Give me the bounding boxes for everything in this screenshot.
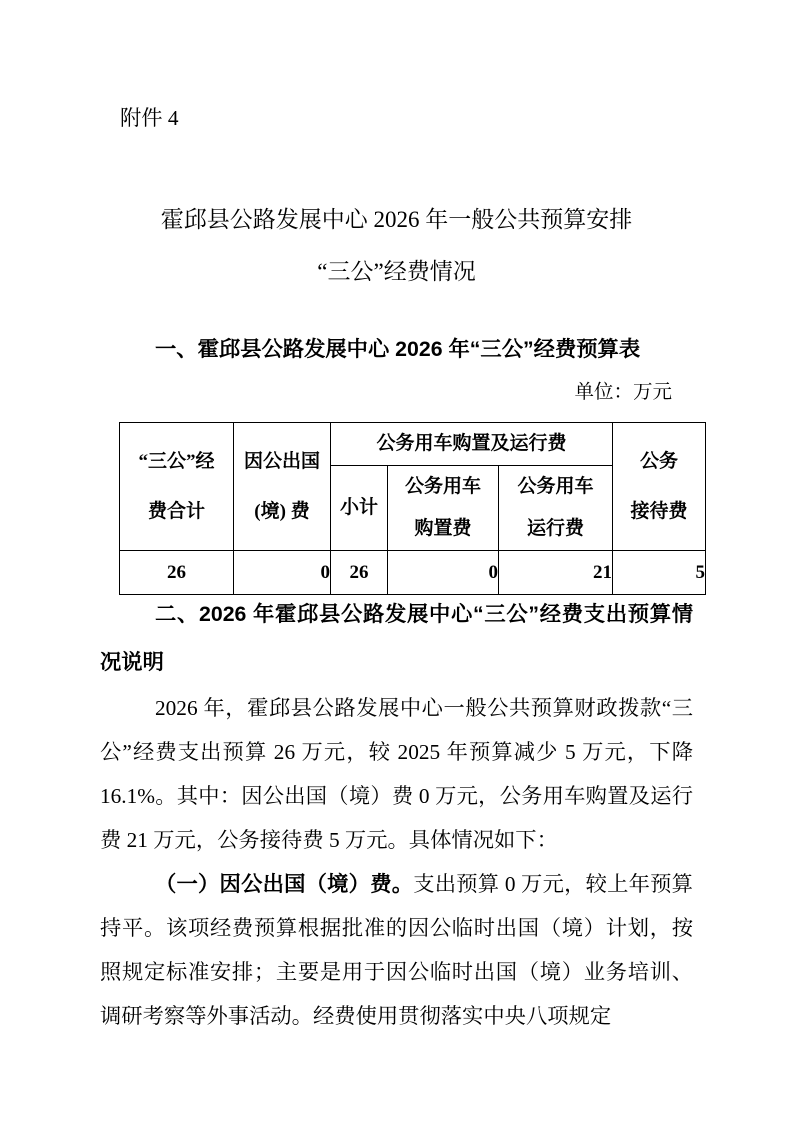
section2-heading: 二、2026 年霍邱县公路发展中心“三公”经费支出预算情况说明	[100, 590, 693, 686]
header-cell-vehicle-group: 公务用车购置及运行费	[331, 423, 613, 466]
header-cell-purchase: 公务用车 购置费	[388, 466, 499, 551]
paragraph-overview: 2026 年，霍邱县公路发展中心一般公共预算财政拨款“三公”经费支出预算 26 …	[100, 686, 693, 862]
header-cell-total: “三公”经 费合计	[120, 423, 234, 551]
value-abroad: 0	[234, 551, 331, 595]
table-data-row: 26 0 26 0 21 5	[120, 551, 706, 595]
budget-table: “三公”经 费合计 因公出国 (境) 费 公务用车购置及运行费 公务 接待费 小…	[119, 422, 706, 595]
value-reception: 5	[613, 551, 706, 595]
section1-heading: 一、霍邱县公路发展中心 2026 年“三公”经费预算表	[100, 334, 693, 364]
document-title: 霍邱县公路发展中心 2026 年一般公共预算安排 “三公”经费情况	[100, 194, 693, 298]
paragraph-abroad-fee: （一）因公出国（境）费。支出预算 0 万元，较上年预算持平。该项经费预算根据批准…	[100, 862, 693, 1038]
table-unit-note: 单位：万元	[574, 379, 672, 407]
header-cell-subtotal: 小计	[331, 466, 388, 551]
document-title-line2: “三公”经费情况	[100, 246, 693, 298]
header-cell-operation: 公务用车 运行费	[499, 466, 613, 551]
value-operation: 21	[499, 551, 613, 595]
body-text: 二、2026 年霍邱县公路发展中心“三公”经费支出预算情况说明 2026 年，霍…	[100, 590, 693, 1038]
table-header-row-1: “三公”经 费合计 因公出国 (境) 费 公务用车购置及运行费 公务 接待费	[120, 423, 706, 466]
document-title-line1: 霍邱县公路发展中心 2026 年一般公共预算安排	[100, 194, 693, 246]
value-purchase: 0	[388, 551, 499, 595]
value-total: 26	[120, 551, 234, 595]
document-page: 附件 4 霍邱县公路发展中心 2026 年一般公共预算安排 “三公”经费情况 一…	[0, 0, 793, 1122]
header-cell-abroad: 因公出国 (境) 费	[234, 423, 331, 551]
value-subtotal: 26	[331, 551, 388, 595]
paragraph-abroad-fee-lead: （一）因公出国（境）费。	[155, 872, 413, 896]
attachment-label: 附件 4	[120, 103, 179, 133]
header-cell-reception: 公务 接待费	[613, 423, 706, 551]
